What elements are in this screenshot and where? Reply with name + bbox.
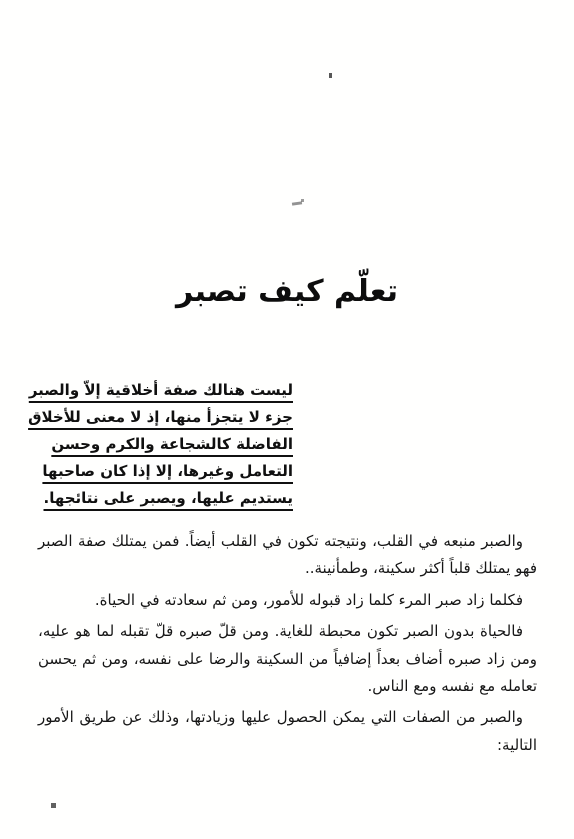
paragraph: فكلما زاد صبر المرء كلما زاد قبوله للأمو… xyxy=(38,587,537,614)
emphasis-line: جزء لا يتجزأ منها، إذ لا معنى للأخلاق xyxy=(61,404,293,431)
emphasis-line: التعامل وغيرها، إلا إذا كان صاحبها xyxy=(61,458,293,485)
chapter-title: تعلّم كيف تصبر xyxy=(0,274,574,309)
emphasis-line: الفاضلة كالشجاعة والكرم وحسن xyxy=(61,431,293,458)
paragraph: فالحياة بدون الصبر تكون محبطة للغاية. وم… xyxy=(38,618,537,700)
paragraph: والصبر منبعه في القلب، ونتيجته تكون في ا… xyxy=(38,528,537,583)
emphasis-block: ليست هنالك صفة أخلاقية إلاّ والصبر جزء ل… xyxy=(61,377,293,512)
emphasis-line: يستديم عليها، ويصبر على نتائجها. xyxy=(61,485,293,512)
scan-speck xyxy=(51,803,56,808)
scan-speck xyxy=(301,199,304,202)
scan-speck xyxy=(329,73,332,78)
scanned-book-page: تعلّم كيف تصبر ليست هنالك صفة أخلاقية إل… xyxy=(0,0,574,839)
body-text: والصبر منبعه في القلب، ونتيجته تكون في ا… xyxy=(38,528,537,763)
emphasis-line: ليست هنالك صفة أخلاقية إلاّ والصبر xyxy=(61,377,293,404)
paragraph: والصبر من الصفات التي يمكن الحصول عليها … xyxy=(38,704,537,759)
